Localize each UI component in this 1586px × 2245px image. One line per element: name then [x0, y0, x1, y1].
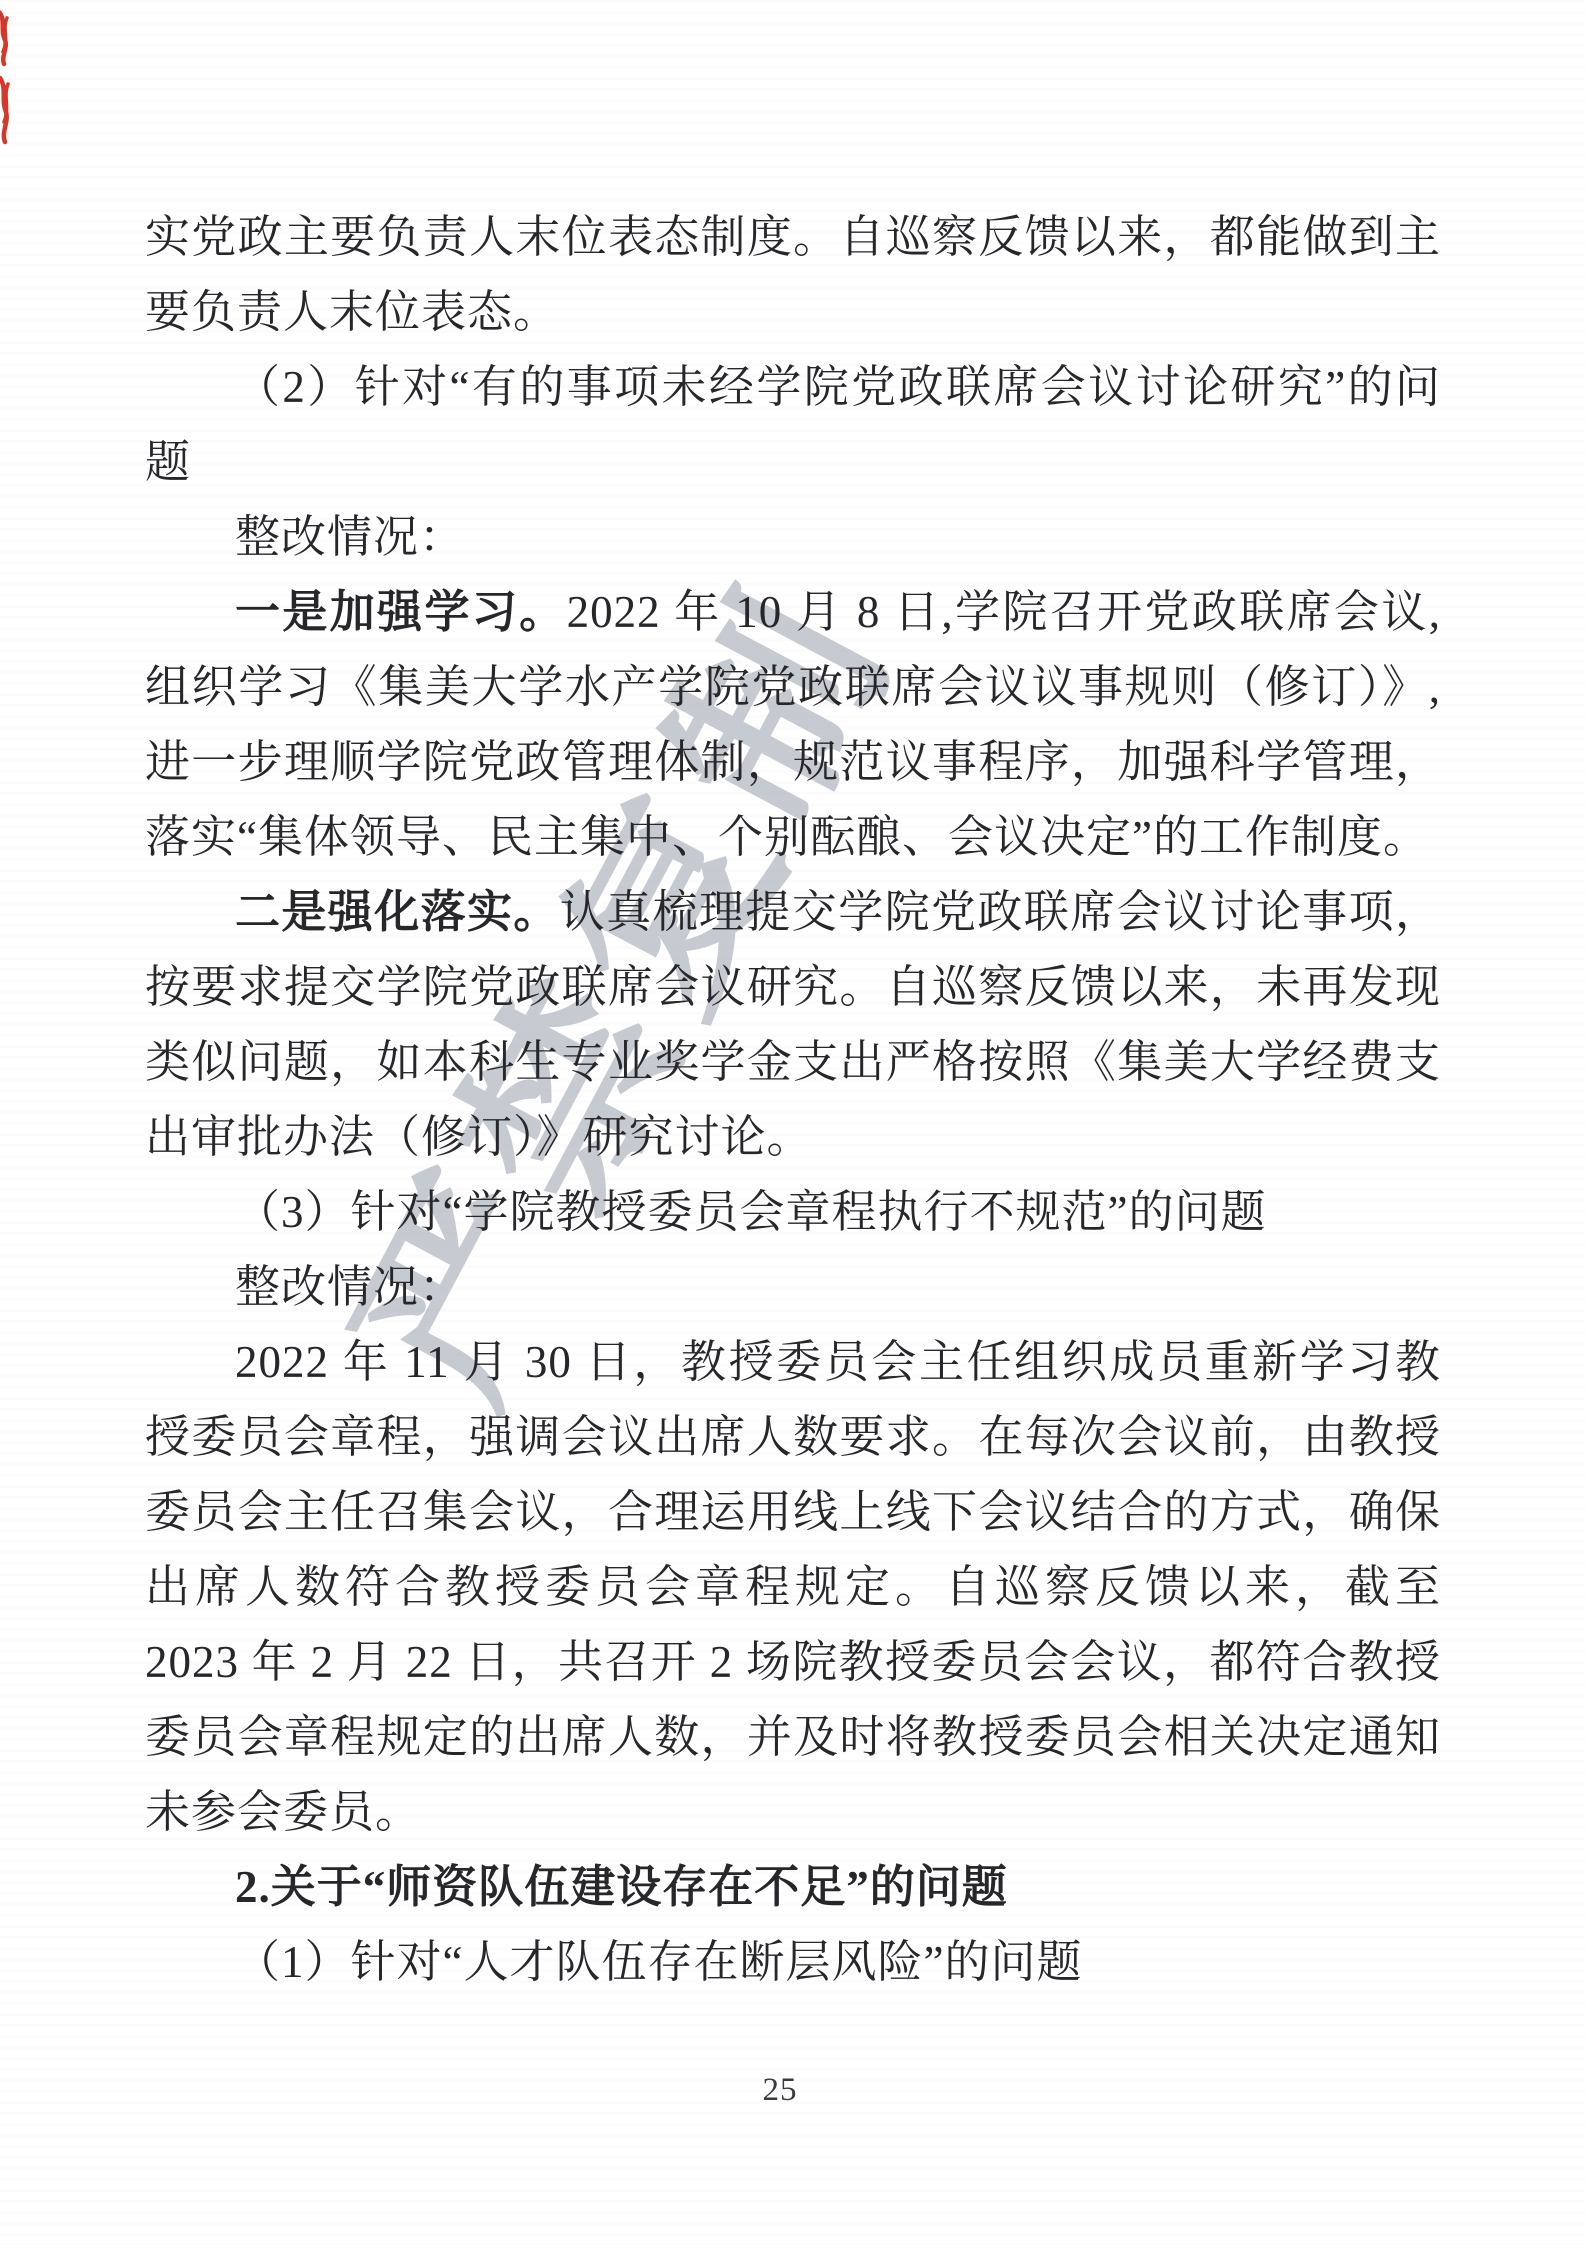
paragraph: 一是加强学习。2022 年 10 月 8 日,学院召开党政联席会议,组织学习《集… [145, 575, 1441, 875]
text-run: （3）针对“学院教授委员会章程执行不规范”的问题 [235, 1187, 1266, 1237]
paragraph: 2.关于“师资队伍建设存在不足”的问题 [145, 1850, 1441, 1925]
text-run: 一是加强学习。 [235, 587, 567, 637]
paragraph: 整改情况： [145, 500, 1441, 575]
text-run: 2022 年 11 月 30 日，教授委员会主任组织成员重新学习教授委员会章程，… [145, 1337, 1441, 1837]
paragraph: 整改情况： [145, 1250, 1441, 1325]
text-run: 二是强化落实。 [235, 887, 560, 937]
page-number: 25 [0, 2072, 1560, 2109]
text-run: 实党政主要负责人末位表态制度。自巡察反馈以来，都能做到主要负责人末位表态。 [145, 212, 1441, 337]
text-run: 2.关于“师资队伍建设存在不足”的问题 [235, 1862, 1008, 1912]
text-block: 实党政主要负责人末位表态制度。自巡察反馈以来，都能做到主要负责人末位表态。（2）… [145, 200, 1441, 2000]
red-pen-annotation [0, 4, 30, 154]
document-page: 严禁复制 实党政主要负责人末位表态制度。自巡察反馈以来，都能做到主要负责人末位表… [0, 0, 1586, 2245]
paragraph: （3）针对“学院教授委员会章程执行不规范”的问题 [145, 1175, 1441, 1250]
text-run: 整改情况： [235, 1262, 465, 1312]
text-run: （2）针对“有的事项未经学院党政联席会议讨论研究”的问题 [145, 362, 1441, 487]
paragraph: （1）针对“人才队伍存在断层风险”的问题 [145, 1925, 1441, 2000]
text-run: （1）针对“人才队伍存在断层风险”的问题 [235, 1937, 1082, 1987]
paragraph: 二是强化落实。认真梳理提交学院党政联席会议讨论事项，按要求提交学院党政联席会议研… [145, 875, 1441, 1175]
paragraph: 2022 年 11 月 30 日，教授委员会主任组织成员重新学习教授委员会章程，… [145, 1325, 1441, 1850]
paragraph: （2）针对“有的事项未经学院党政联席会议讨论研究”的问题 [145, 350, 1441, 500]
paragraph: 实党政主要负责人末位表态制度。自巡察反馈以来，都能做到主要负责人末位表态。 [145, 200, 1441, 350]
text-run: 整改情况： [235, 512, 465, 562]
